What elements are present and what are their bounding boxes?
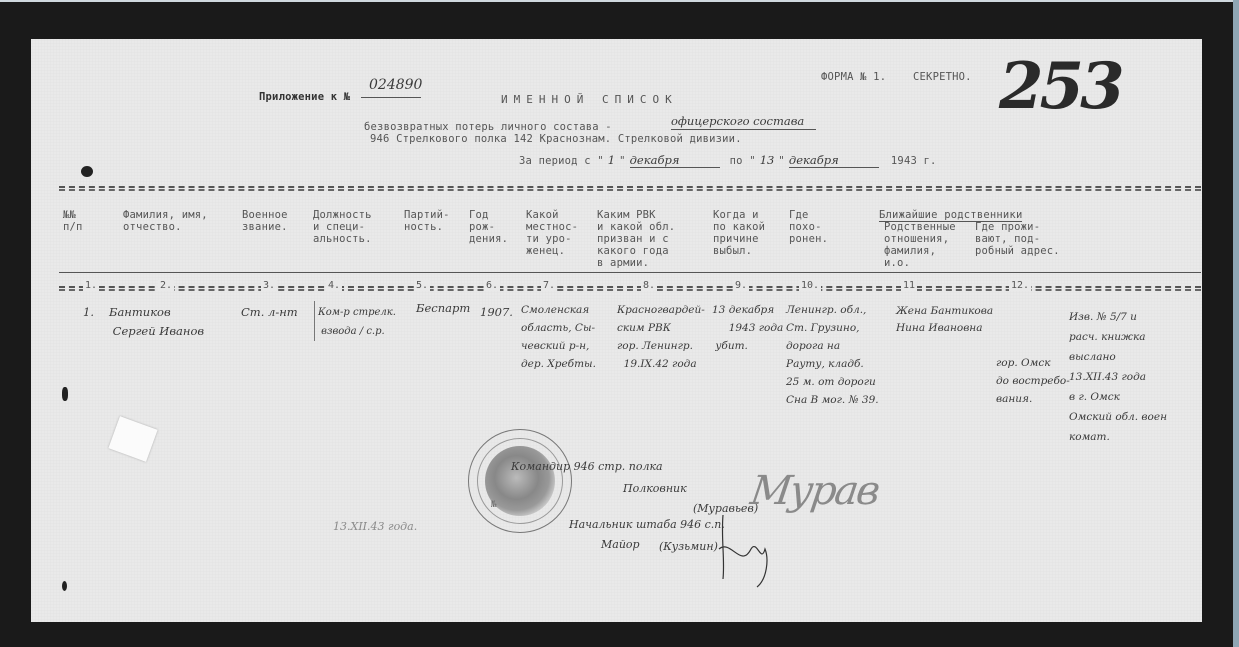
appendix-label: Приложение к № [259, 91, 350, 103]
cell-note: Изв. № 5/7 и расч. книжка выслано 13.XII… [1069, 307, 1167, 447]
header-when-why: Когда и по какой причине выбыл. [713, 209, 765, 257]
unit-line: 946 Стрелкового полка 142 Краснознам. Ст… [370, 133, 742, 145]
cell-num: 1. [83, 303, 94, 322]
column-number: 5. [414, 280, 430, 291]
period-from-day: 1 [608, 153, 615, 167]
period-to-day: 13 [760, 153, 775, 167]
column-number: 2. [158, 280, 174, 291]
header-rank: Военное звание. [242, 209, 288, 233]
table-top-rule [59, 186, 1201, 191]
cell-address: гор. Омск до востребо- вания. [996, 354, 1070, 408]
subtitle-prefix: безвозвратных потерь личного состава - [364, 121, 612, 133]
period-line: За период с " 1 " декабря по " 13 " дека… [519, 153, 937, 168]
appendix-number: 024890 [369, 76, 422, 95]
paper-hole [62, 387, 68, 401]
period-to-label: по " [730, 155, 756, 167]
header-birth-year: Год рож- дения. [469, 209, 508, 245]
form-label: ФОРМА № 1. [821, 71, 886, 83]
period-from-month: декабря [630, 153, 720, 168]
header-party: Партий- ность. [404, 209, 450, 233]
scan-top-edge [0, 0, 1239, 2]
paper-hole [81, 166, 93, 177]
chief-name: (Кузьмин) [659, 537, 718, 556]
secrecy-label: СЕКРЕТНО. [913, 71, 972, 83]
paper-hole [62, 581, 67, 591]
header-burial: Где похо- ронен. [789, 209, 828, 245]
chief-title: Начальник штаба 946 с.п. [569, 515, 725, 534]
appendix-underline [361, 97, 421, 98]
paper-patch [108, 416, 157, 462]
chief-signature-stroke [711, 509, 781, 589]
period-quote: " [619, 155, 626, 167]
column-number: 10. [799, 280, 821, 291]
period-quote: " [778, 155, 785, 167]
commander-rank: Полковник [623, 479, 687, 498]
sheet-number: 253 [999, 55, 1121, 119]
cell-rank: Ст. л-нт [241, 303, 298, 322]
column-number: 4. [326, 280, 342, 291]
scan-right-edge [1233, 0, 1239, 647]
cell-when-why: 13 декабря 1943 года убит. [712, 301, 783, 355]
header-bottom-rule [59, 272, 1201, 273]
header-relation: Родственные отношения, фамилия, и.о. [884, 221, 956, 269]
column-number: 3. [261, 280, 277, 291]
column-number: 6. [484, 280, 500, 291]
period-to-month: декабря [789, 153, 879, 168]
commander-title: Командир 946 стр. полка [511, 457, 663, 476]
page-title: ИМЕННОЙ СПИСОК [501, 94, 678, 106]
column-number: 8. [641, 280, 657, 291]
column-number: 12. [1009, 280, 1031, 291]
header-birthplace: Какой местнос- ти уро- женец. [526, 209, 578, 257]
column-number: 11 [901, 280, 917, 291]
column-number: 9. [733, 280, 749, 291]
column-number: 1. [83, 280, 99, 291]
cell-burial: Ленингр. обл., Ст. Грузино, дорога на Ра… [786, 301, 879, 409]
official-stamp: № [468, 429, 572, 533]
cell-relatives: Жена Бантикова Нина Ивановна [896, 303, 993, 337]
cell-party: Беспарт [416, 299, 470, 318]
subtitle-category: офицерского состава [671, 113, 816, 130]
document-page: Приложение к № 024890 ФОРМА № 1. СЕКРЕТН… [31, 39, 1202, 622]
cell-position: Ком-р стрелк. взвода / с.р. [318, 303, 396, 341]
header-conscription: Каким РВК и какой обл. призван и с каког… [597, 209, 675, 269]
cell-birth-year: 1907. [480, 303, 513, 322]
commander-signature: Мурав [748, 469, 881, 513]
cell-conscription: Красногвардей- ским РВК гор. Ленингр. 19… [617, 301, 705, 373]
period-year: 1943 г. [891, 155, 937, 167]
cell-name: Бантиков Сергей Иванов [109, 303, 204, 341]
signature-date: 13.XII.43 года. [333, 517, 417, 536]
header-num: №№ п/п [63, 209, 83, 233]
column-number: 7. [541, 280, 557, 291]
header-address: Где прожи- вают, под- робный адрес. [975, 221, 1060, 257]
header-position: Должность и специ- альность. [313, 209, 372, 245]
cell-divider [314, 301, 315, 341]
stamp-number-mark: № [491, 500, 496, 510]
chief-rank: Майор [601, 535, 640, 554]
cell-birthplace: Смоленская область, Сы- чевский р-н, дер… [521, 301, 596, 373]
header-name: Фамилия, имя, отчество. [123, 209, 208, 233]
period-label: За период с " [519, 155, 604, 167]
